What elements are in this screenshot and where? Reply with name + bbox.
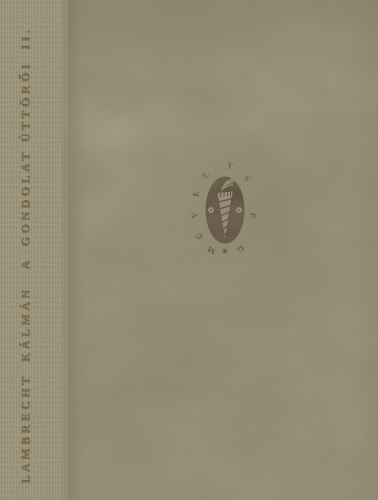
emblem-letter: Ű — [194, 230, 206, 241]
book-cover-photo: LAMBRECHT KÁLMÁN A GONDOLAT ÚTTÖRŐI II. — [0, 0, 378, 500]
front-cover: M Ű V E L T S É G ✶ — [68, 0, 378, 500]
spine-title-part1: A GONDOLAT — [18, 150, 33, 270]
spine-text: LAMBRECHT KÁLMÁN A GONDOLAT ÚTTÖRŐI II. — [11, 0, 39, 500]
emblem-letter: V — [189, 211, 200, 219]
emblem-letter: L — [201, 169, 212, 181]
emblem-letter: S — [242, 173, 253, 184]
emblem-letter: E — [190, 189, 201, 198]
emblem-letter: T — [226, 160, 233, 171]
emblem-letter: M — [206, 244, 218, 257]
spine-title-part2: ÚTTÖRŐI II. — [18, 27, 33, 143]
star-separator-icon: ✶ — [221, 246, 228, 256]
book-spine: LAMBRECHT KÁLMÁN A GONDOLAT ÚTTÖRŐI II. — [0, 0, 68, 500]
spine-author: LAMBRECHT KÁLMÁN — [18, 287, 33, 484]
emblem-letter: G — [235, 243, 246, 255]
emblem-letter: É — [248, 212, 259, 219]
publisher-emblem: M Ű V E L T S É G ✶ — [185, 152, 259, 258]
